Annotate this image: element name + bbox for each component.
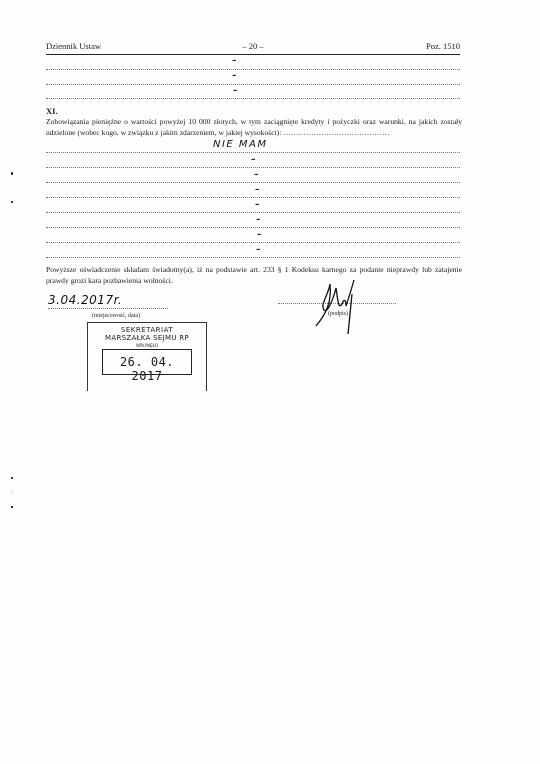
scan-speck bbox=[11, 506, 13, 508]
page-number: – 20 – bbox=[46, 41, 460, 51]
handwritten-dash: – bbox=[233, 86, 238, 96]
dotted-line bbox=[46, 84, 460, 85]
stamp-line-1: SEKRETARIAT bbox=[88, 326, 206, 334]
handwritten-dash: – bbox=[256, 215, 261, 225]
stamp-line-3: WPŁYNĘŁO bbox=[88, 343, 206, 348]
handwritten-answer: NIE MAM bbox=[213, 139, 268, 150]
handwritten-dash: – bbox=[232, 71, 237, 81]
signature-caption: (podpis) bbox=[328, 311, 348, 317]
handwritten-dash: – bbox=[232, 56, 237, 66]
dotted-line bbox=[46, 98, 460, 99]
dotted-line bbox=[46, 167, 460, 168]
handwritten-dash: – bbox=[255, 185, 260, 195]
dotted-line bbox=[46, 69, 460, 70]
dotted-line bbox=[46, 212, 460, 213]
page-header: Dziennik Ustaw – 20 – Poz. 1510 bbox=[46, 40, 460, 55]
handwritten-date: 3.04.2017r. bbox=[48, 293, 122, 307]
signature-icon bbox=[312, 274, 362, 336]
scan-speck bbox=[11, 201, 13, 203]
dotted-line bbox=[46, 242, 460, 243]
document-page: Dziennik Ustaw – 20 – Poz. 1510 – – – XI… bbox=[0, 0, 540, 764]
section-question: Zobowiązania pieniężne o wartości powyże… bbox=[46, 117, 462, 138]
handwritten-dash: – bbox=[251, 155, 256, 165]
position-number: Poz. 1510 bbox=[426, 41, 460, 51]
handwritten-dash: – bbox=[257, 230, 262, 240]
declaration-text: Powyższe oświadczenie składam świadomy(a… bbox=[46, 265, 462, 286]
dotted-line bbox=[46, 182, 460, 183]
stamp-line-2: MARSZAŁKA SEJMU RP bbox=[88, 334, 206, 342]
place-date-caption: (miejscowość, data) bbox=[92, 313, 140, 319]
dotted-line bbox=[46, 257, 460, 258]
dotted-line bbox=[46, 152, 460, 153]
scan-speck bbox=[11, 172, 13, 175]
date-line bbox=[48, 308, 168, 309]
section-title: XI. bbox=[46, 106, 58, 116]
scan-speck bbox=[12, 491, 13, 492]
stamp-date-box: 26. 04. 2017 bbox=[102, 349, 192, 375]
handwritten-dash: – bbox=[255, 200, 260, 210]
stamp-date: 26. 04. 2017 bbox=[103, 355, 191, 383]
handwritten-dash: – bbox=[256, 245, 261, 255]
handwritten-dash: – bbox=[254, 170, 259, 180]
scan-speck bbox=[11, 477, 13, 479]
dotted-line bbox=[46, 197, 460, 198]
dotted-line bbox=[46, 227, 460, 228]
registry-stamp: SEKRETARIAT MARSZAŁKA SEJMU RP WPŁYNĘŁO … bbox=[87, 322, 207, 391]
